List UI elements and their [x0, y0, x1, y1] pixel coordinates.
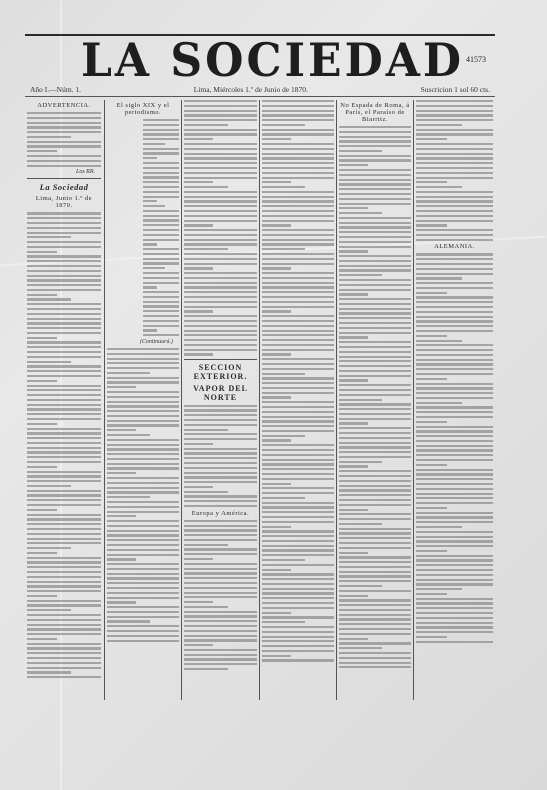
- text-line: [27, 624, 101, 626]
- text-line: [184, 611, 257, 613]
- text-line: [262, 105, 334, 107]
- text-line: [184, 568, 257, 570]
- text-line: [339, 322, 411, 324]
- text-line: [262, 592, 334, 594]
- text-line: [339, 465, 368, 467]
- text-line: [416, 406, 493, 408]
- text-line: [262, 516, 334, 518]
- text-line: [107, 525, 179, 527]
- text-line: [184, 457, 257, 459]
- text-line: [416, 440, 493, 442]
- text-line: [27, 518, 101, 520]
- text-line: [143, 305, 179, 307]
- text-line: [184, 596, 257, 598]
- text-line: [107, 635, 179, 637]
- text-line: [262, 597, 334, 599]
- text-line: [143, 258, 179, 260]
- text-line: [27, 294, 57, 296]
- text-line: [27, 251, 57, 253]
- text-line: [262, 588, 334, 590]
- text-line: [262, 564, 334, 566]
- text-line: [262, 420, 334, 422]
- text-line: [184, 310, 213, 312]
- text-line: [339, 332, 411, 334]
- text-line: [339, 628, 411, 630]
- text-line: [143, 291, 179, 293]
- text-line: [416, 402, 462, 404]
- text-line: [339, 188, 411, 190]
- text-line: [184, 558, 213, 560]
- text-line: [143, 124, 179, 126]
- text-line: [339, 532, 411, 534]
- text-line: [339, 346, 411, 348]
- text-line: [339, 647, 382, 649]
- text-line: [184, 525, 257, 527]
- text-line: [262, 468, 334, 470]
- text-line: [416, 545, 493, 547]
- text-line: [416, 531, 493, 533]
- text-line: [27, 246, 101, 248]
- text-line: [416, 383, 493, 385]
- text-line: [339, 365, 411, 367]
- text-line: [107, 534, 179, 536]
- text-line: [339, 274, 382, 276]
- text-line: [262, 100, 334, 102]
- text-line: [184, 615, 257, 617]
- text-line: [143, 143, 165, 145]
- text-line: [416, 387, 493, 389]
- section-heading: El siglo XIX y el periodismo.: [107, 102, 179, 116]
- text-line: [416, 497, 493, 499]
- text-line: [27, 365, 101, 367]
- text-line: [339, 638, 368, 640]
- text-line: [184, 205, 257, 207]
- column-1: ADVERTENCIA. Los RR. La Sociedad Lima, J…: [27, 100, 101, 681]
- text-line: [184, 409, 257, 411]
- text-line: [262, 463, 334, 465]
- text-line: [184, 196, 257, 198]
- text-line: [184, 167, 257, 169]
- text-line: [262, 435, 305, 437]
- text-line: [416, 133, 493, 135]
- text-line: [262, 339, 334, 341]
- text-line: [143, 172, 179, 174]
- text-line: [262, 578, 334, 580]
- text-line: [262, 234, 334, 236]
- text-line: [107, 625, 179, 627]
- text-line: [27, 490, 101, 492]
- text-line: [27, 523, 101, 525]
- text-line: [262, 258, 334, 260]
- text-line: [416, 473, 493, 475]
- text-line: [339, 523, 382, 525]
- text-line: [107, 501, 179, 503]
- text-line: [416, 273, 493, 275]
- text-line: [339, 217, 411, 219]
- text-line: [339, 614, 411, 616]
- text-line: [262, 263, 334, 265]
- text-line: [262, 114, 334, 116]
- text-line: [262, 129, 334, 131]
- text-line: [107, 601, 136, 603]
- text-line: [184, 239, 257, 241]
- text-line: [416, 459, 493, 461]
- text-line: [184, 476, 257, 478]
- text-line: [184, 635, 257, 637]
- text-line: [416, 598, 493, 600]
- text-line: [416, 502, 493, 504]
- text-line: [27, 160, 101, 162]
- section-heading: VAPOR DEL NORTE: [184, 384, 257, 402]
- text-line: [27, 380, 57, 382]
- text-line: [339, 513, 411, 515]
- text-line: [339, 461, 382, 463]
- text-line: [27, 337, 57, 339]
- text-line: [416, 114, 493, 116]
- text-line: [339, 580, 411, 582]
- text-line: [416, 148, 493, 150]
- text-line: [339, 408, 411, 410]
- text-line: [184, 153, 257, 155]
- text-line: [262, 621, 305, 623]
- text-line: [107, 415, 179, 417]
- text-line: [262, 215, 334, 217]
- text-line: [262, 138, 291, 140]
- text-line: [339, 504, 411, 506]
- text-line: [184, 325, 257, 327]
- text-line: [262, 636, 334, 638]
- text-line: [107, 434, 150, 436]
- text-line: [416, 220, 493, 222]
- text-line: [27, 633, 101, 635]
- text-line: [339, 375, 411, 377]
- text-line: [184, 548, 257, 550]
- text-line: [416, 392, 493, 394]
- text-line: [339, 494, 411, 496]
- column-6: ALEMANIA.: [416, 100, 493, 646]
- text-line: [339, 442, 411, 444]
- text-line: [262, 631, 334, 633]
- text-line: [184, 625, 257, 627]
- text-line: [416, 129, 493, 131]
- text-line: [416, 636, 447, 638]
- text-line: [262, 530, 334, 532]
- text-line: [107, 377, 179, 379]
- text-line: [339, 399, 382, 401]
- text-line: [27, 126, 101, 128]
- text-line: [262, 205, 334, 207]
- section-heading: SECCION EXTERIOR.: [184, 363, 257, 381]
- text-line: [416, 234, 493, 236]
- text-line: [107, 520, 179, 522]
- text-line: [262, 401, 334, 403]
- text-line: [27, 557, 101, 559]
- text-line: [262, 272, 334, 274]
- text-line: [27, 341, 101, 343]
- text-line: [339, 246, 411, 248]
- text-line: [262, 425, 334, 427]
- text-line: [339, 389, 411, 391]
- text-line: [27, 227, 101, 229]
- text-line: [262, 549, 334, 551]
- text-line: [416, 454, 493, 456]
- text-line: [107, 530, 179, 532]
- text-line: [416, 335, 447, 337]
- text-line: [262, 196, 334, 198]
- text-line: [143, 243, 157, 245]
- text-line: [107, 391, 179, 393]
- text-line: [416, 430, 493, 432]
- text-line: [184, 414, 257, 416]
- text-line: [184, 301, 257, 303]
- text-line: [416, 311, 493, 313]
- text-line: [27, 442, 101, 444]
- text-line: [107, 506, 179, 508]
- text-line: [184, 644, 213, 646]
- text-line: [27, 265, 101, 267]
- text-line: [184, 467, 257, 469]
- text-line: [339, 327, 411, 329]
- text-line: [339, 451, 411, 453]
- text-line: [184, 668, 228, 670]
- text-line: [262, 454, 334, 456]
- text-line: [184, 495, 257, 497]
- text-line: [416, 157, 493, 159]
- text-line: [143, 205, 165, 207]
- text-line: [107, 606, 179, 608]
- text-line: [339, 284, 411, 286]
- text-line: [184, 462, 257, 464]
- text-line: [27, 485, 71, 487]
- text-line: [184, 148, 257, 150]
- text-line: [143, 239, 179, 241]
- text-line: [184, 472, 257, 474]
- text-line: [339, 604, 411, 606]
- text-line: [27, 480, 101, 482]
- newspaper-page: LA SOCIEDAD 41573 Año I.—Núm. 1. Lima, M…: [0, 0, 547, 790]
- text-line: [339, 198, 411, 200]
- text-line: [184, 286, 257, 288]
- text-line: [184, 344, 257, 346]
- text-line: [27, 150, 57, 152]
- text-line: [184, 486, 213, 488]
- section-rule: [27, 178, 101, 179]
- text-line: [27, 165, 101, 167]
- text-line: [262, 526, 291, 528]
- text-line: [262, 559, 305, 561]
- text-line: [416, 119, 493, 121]
- text-line: [262, 387, 334, 389]
- text-line: [416, 138, 447, 140]
- text-line: [184, 544, 228, 546]
- text-line: [339, 585, 382, 587]
- text-line: [27, 667, 101, 669]
- text-line: [262, 143, 334, 145]
- text-line: [416, 200, 493, 202]
- text-line: [339, 293, 368, 295]
- text-line: [262, 315, 334, 317]
- text-line: [184, 291, 257, 293]
- text-line: [27, 432, 101, 434]
- text-line: [27, 313, 101, 315]
- text-line: [416, 100, 493, 102]
- text-line: [339, 169, 411, 171]
- text-line: [107, 386, 136, 388]
- text-line: [262, 239, 334, 241]
- text-line: [262, 545, 334, 547]
- text-line: [27, 232, 101, 234]
- text-line: [27, 404, 101, 406]
- text-line: [416, 239, 493, 241]
- text-line: [262, 253, 334, 255]
- text-line: [143, 286, 157, 288]
- section-heading: ADVERTENCIA.: [27, 102, 101, 109]
- text-line: [262, 286, 334, 288]
- text-line: [27, 447, 101, 449]
- text-line: [27, 241, 101, 243]
- text-line: [416, 493, 493, 495]
- text-line: [339, 341, 411, 343]
- text-line: [143, 148, 179, 150]
- text-line: [416, 296, 493, 298]
- text-line: [107, 611, 179, 613]
- text-line: [27, 361, 71, 363]
- text-line: [416, 215, 493, 217]
- text-line: [143, 315, 179, 317]
- text-line: [27, 581, 101, 583]
- text-line: [262, 229, 334, 231]
- text-line: [262, 334, 334, 336]
- text-line: [143, 152, 179, 154]
- text-line: [27, 547, 71, 549]
- text-line: [143, 210, 179, 212]
- text-line: [416, 124, 462, 126]
- text-line: [143, 186, 179, 188]
- text-line: [107, 458, 179, 460]
- text-line: [184, 186, 228, 188]
- text-line: [143, 157, 157, 159]
- text-line: [184, 353, 213, 355]
- text-line: [262, 124, 305, 126]
- text-line: [339, 480, 411, 482]
- text-line: [339, 351, 411, 353]
- text-line: [339, 662, 411, 664]
- text-line: [184, 433, 257, 435]
- text-line: [107, 353, 179, 355]
- text-line: [339, 413, 411, 415]
- text-line: [262, 411, 334, 413]
- text-line: [27, 671, 71, 673]
- text-line: [339, 666, 411, 668]
- text-line: [107, 582, 179, 584]
- text-line: [184, 582, 257, 584]
- text-line: [416, 349, 493, 351]
- text-line: [339, 528, 411, 530]
- column-rule: [336, 100, 337, 700]
- text-line: [27, 604, 101, 606]
- text-line: [339, 475, 411, 477]
- text-line: [27, 131, 101, 133]
- text-line: [262, 210, 334, 212]
- text-line: [339, 155, 411, 157]
- text-line: [339, 250, 368, 252]
- text-line: [416, 478, 493, 480]
- text-line: [416, 483, 493, 485]
- text-line: [143, 162, 179, 164]
- text-line: [107, 448, 179, 450]
- text-line: [416, 622, 493, 624]
- text-line: [143, 325, 179, 327]
- text-line: [184, 505, 257, 507]
- text-line: [339, 126, 411, 128]
- text-line: [416, 363, 493, 365]
- text-line: [184, 220, 257, 222]
- text-line: [416, 344, 493, 346]
- text-line: [416, 301, 493, 303]
- text-line: [339, 298, 411, 300]
- text-line: [143, 272, 179, 274]
- text-line: [143, 301, 179, 303]
- text-line: [339, 136, 411, 138]
- text-line: [416, 306, 493, 308]
- text-line: [262, 616, 334, 618]
- text-line: [27, 475, 101, 477]
- text-line: [416, 516, 493, 518]
- text-line: [143, 229, 179, 231]
- text-line: [107, 420, 179, 422]
- text-line: [416, 579, 493, 581]
- text-line: [416, 588, 462, 590]
- text-line: [143, 129, 179, 131]
- text-line: [27, 270, 101, 272]
- text-line: [416, 593, 447, 595]
- text-line: [416, 464, 447, 466]
- text-line: [416, 521, 493, 523]
- text-line: [27, 647, 101, 649]
- text-line: [107, 424, 179, 426]
- text-line: [184, 105, 257, 107]
- text-line: [416, 559, 493, 561]
- info-bar: Año I.—Núm. 1. Lima, Miércoles 1.º de Ju…: [25, 85, 495, 97]
- text-line: [107, 558, 136, 560]
- text-line: [416, 177, 493, 179]
- text-line: [416, 426, 493, 428]
- text-line: [262, 573, 334, 575]
- text-line: [143, 119, 179, 121]
- text-line: [416, 421, 447, 423]
- text-line: [262, 430, 334, 432]
- article-text: [27, 112, 101, 167]
- text-line: [416, 378, 447, 380]
- article-text: [262, 100, 334, 662]
- text-line: [339, 427, 411, 429]
- text-line: [184, 129, 257, 131]
- text-line: [339, 212, 382, 214]
- text-line: [416, 258, 493, 260]
- text-line: [107, 439, 179, 441]
- text-line: [27, 423, 57, 425]
- text-line: [143, 310, 179, 312]
- column-rule: [104, 100, 105, 700]
- column-rule: [181, 100, 182, 700]
- text-line: [184, 133, 257, 135]
- text-line: [184, 296, 257, 298]
- text-line: [339, 131, 411, 133]
- text-line: [262, 310, 291, 312]
- section-heading: La Sociedad: [27, 182, 101, 192]
- text-line: [262, 511, 334, 513]
- text-line: [107, 577, 179, 579]
